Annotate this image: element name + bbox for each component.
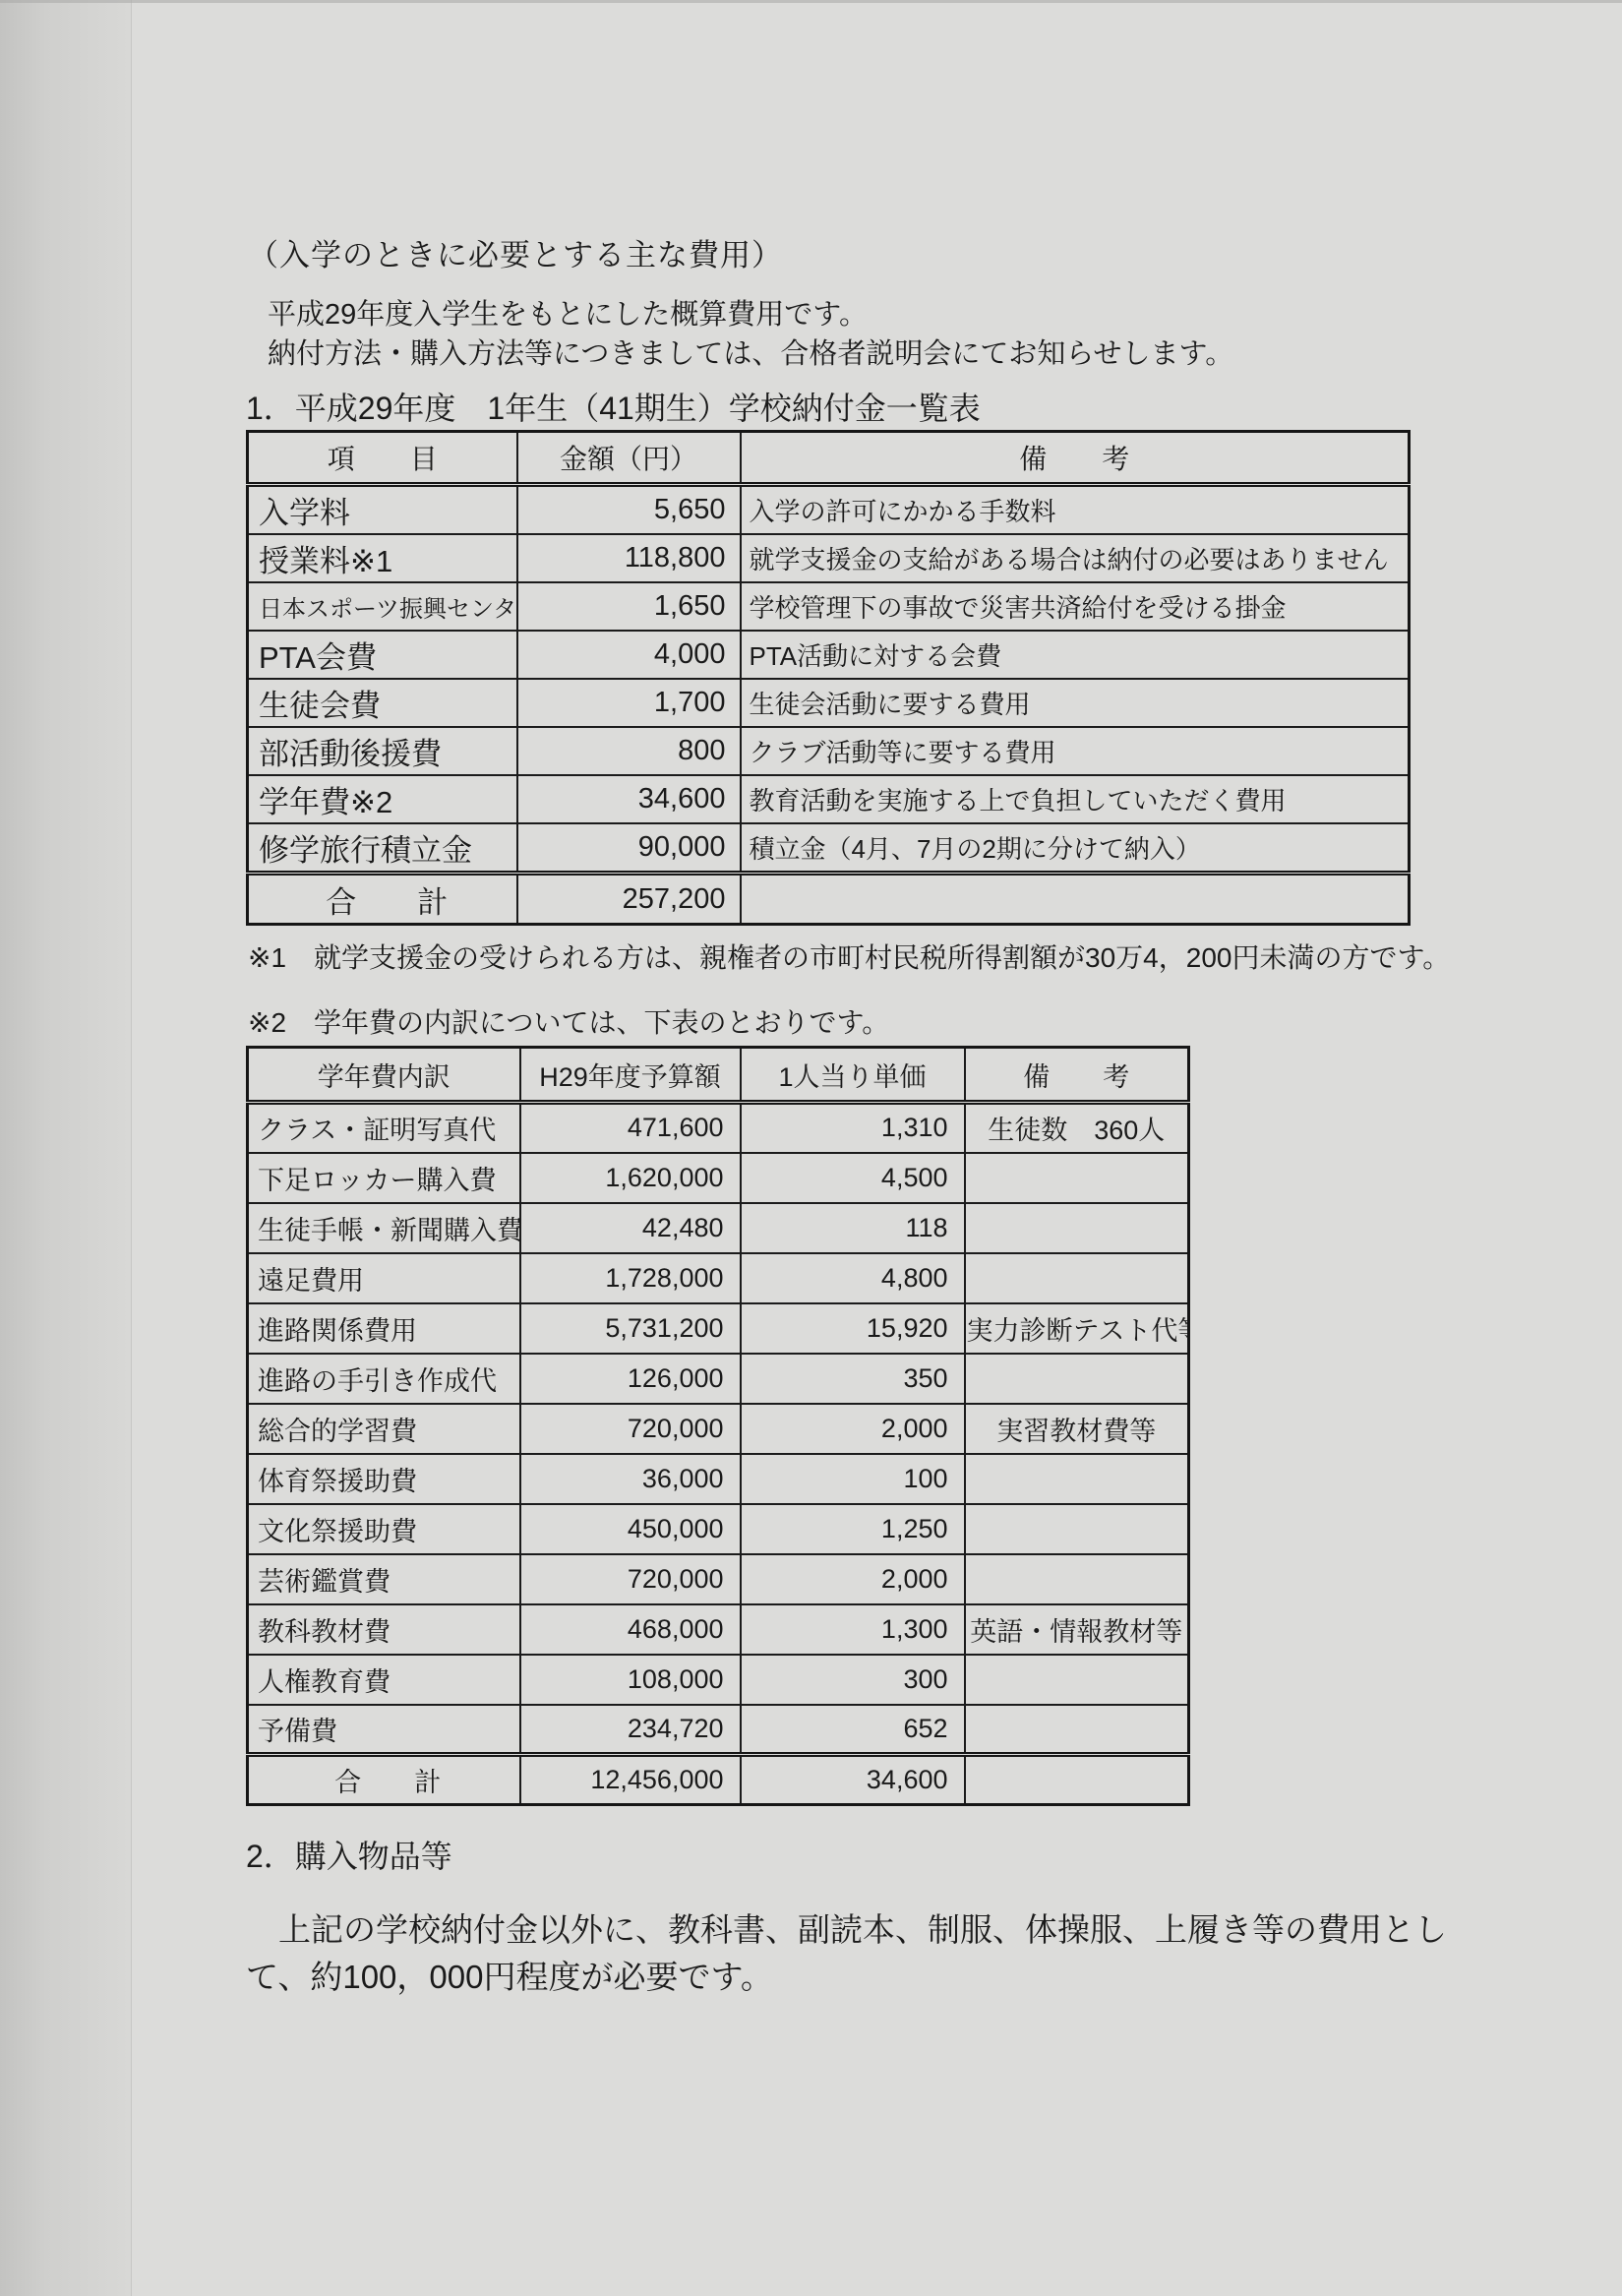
breakdown-unit-cell: 300 (741, 1655, 965, 1705)
intro-line-1: 平成29年度入学生をもとにした概算費用です。 (268, 295, 1233, 334)
payment-table: 項 目 金額（円） 備 考 入学料5,650入学の許可にかかる手数料授業料※11… (246, 430, 1411, 926)
payment-item-cell: 合 計 (248, 874, 517, 925)
payment-header-item: 項 目 (248, 432, 517, 485)
breakdown-unit-cell: 2,000 (741, 1404, 965, 1454)
breakdown-budget-cell: 1,620,000 (520, 1153, 741, 1203)
page-left-edge-shading (0, 0, 132, 2296)
breakdown-row: 芸術鑑賞費720,0002,000 (248, 1554, 1189, 1604)
breakdown-budget-cell: 471,600 (520, 1103, 741, 1153)
section2-heading: 2．購入物品等 (246, 1832, 452, 1877)
payment-header-amount: 金額（円） (517, 432, 741, 485)
payment-row: 入学料5,650入学の許可にかかる手数料 (248, 485, 1410, 535)
payment-amount-cell: 257,200 (517, 874, 741, 925)
breakdown-item-cell: 予備費 (248, 1705, 520, 1755)
breakdown-header-item: 学年費内訳 (248, 1048, 520, 1103)
payment-note-cell: 就学支援金の支給がある場合は納付の必要はありません (741, 534, 1410, 582)
payment-table-head: 項 目 金額（円） 備 考 (248, 432, 1410, 485)
breakdown-row: 下足ロッカー購入費1,620,0004,500 (248, 1153, 1189, 1203)
section2-line-2: て、約100，000円程度が必要です。 (246, 1954, 1447, 2001)
breakdown-row: 教科教材費468,0001,300英語・情報教材等 (248, 1604, 1189, 1655)
breakdown-table: 学年費内訳 H29年度予算額 1人当り単価 備 考 クラス・証明写真代471,6… (246, 1046, 1190, 1806)
breakdown-budget-cell: 108,000 (520, 1655, 741, 1705)
payment-row: 授業料※1118,800就学支援金の支給がある場合は納付の必要はありません (248, 534, 1410, 582)
breakdown-budget-cell: 42,480 (520, 1203, 741, 1253)
breakdown-note-cell (965, 1253, 1189, 1303)
breakdown-note-cell (965, 1504, 1189, 1554)
breakdown-note-cell: 実習教材費等 (965, 1404, 1189, 1454)
payment-table-body: 入学料5,650入学の許可にかかる手数料授業料※1118,800就学支援金の支給… (248, 485, 1410, 925)
breakdown-budget-cell: 720,000 (520, 1554, 741, 1604)
payment-row: 日本スポーツ振興センター1,650学校管理下の事故で災害共済給付を受ける掛金 (248, 582, 1410, 631)
breakdown-row: 総合的学習費720,0002,000実習教材費等 (248, 1404, 1189, 1454)
breakdown-item-cell: 総合的学習費 (248, 1404, 520, 1454)
payment-item-cell: PTA会費 (248, 631, 517, 679)
payment-note-cell: 入学の許可にかかる手数料 (741, 485, 1410, 535)
breakdown-item-cell: 体育祭援助費 (248, 1454, 520, 1504)
payment-item-cell: 生徒会費 (248, 679, 517, 727)
breakdown-row: 生徒手帳・新聞購入費42,480118 (248, 1203, 1189, 1253)
breakdown-unit-cell: 350 (741, 1354, 965, 1404)
breakdown-item-cell: 進路の手引き作成代 (248, 1354, 520, 1404)
breakdown-unit-cell: 15,920 (741, 1303, 965, 1354)
intro-line-2: 納付方法・購入方法等につきましては、合格者説明会にてお知らせします。 (268, 334, 1233, 374)
breakdown-item-cell: 人権教育費 (248, 1655, 520, 1705)
breakdown-note-cell (965, 1755, 1189, 1805)
breakdown-unit-cell: 118 (741, 1203, 965, 1253)
breakdown-budget-cell: 720,000 (520, 1404, 741, 1454)
payment-amount-cell: 118,800 (517, 534, 741, 582)
breakdown-budget-cell: 468,000 (520, 1604, 741, 1655)
payment-row: 部活動後援費800クラブ活動等に要する費用 (248, 727, 1410, 775)
breakdown-item-cell: 教科教材費 (248, 1604, 520, 1655)
payment-amount-cell: 4,000 (517, 631, 741, 679)
breakdown-note-cell (965, 1153, 1189, 1203)
breakdown-table-head: 学年費内訳 H29年度予算額 1人当り単価 備 考 (248, 1048, 1189, 1103)
breakdown-unit-cell: 4,800 (741, 1253, 965, 1303)
breakdown-budget-cell: 126,000 (520, 1354, 741, 1404)
payment-amount-cell: 5,650 (517, 485, 741, 535)
payment-row: PTA会費4,000PTA活動に対する会費 (248, 631, 1410, 679)
document-title: （入学のときに必要とする主な費用） (248, 230, 783, 274)
payment-table-header-row: 項 目 金額（円） 備 考 (248, 432, 1410, 485)
breakdown-row: 体育祭援助費36,000100 (248, 1454, 1189, 1504)
breakdown-note-cell (965, 1354, 1189, 1404)
payment-note-cell: 積立金（4月、7月の2期に分けて納入） (741, 823, 1410, 874)
payment-amount-cell: 34,600 (517, 775, 741, 823)
breakdown-row: クラス・証明写真代471,6001,310生徒数 360人 (248, 1103, 1189, 1153)
breakdown-item-cell: 生徒手帳・新聞購入費 (248, 1203, 520, 1253)
payment-item-cell: 授業料※1 (248, 534, 517, 582)
payment-total-row: 合 計257,200 (248, 874, 1410, 925)
breakdown-header-unit: 1人当り単価 (741, 1048, 965, 1103)
breakdown-unit-cell: 100 (741, 1454, 965, 1504)
payment-note-cell: PTA活動に対する会費 (741, 631, 1410, 679)
breakdown-item-cell: 芸術鑑賞費 (248, 1554, 520, 1604)
breakdown-note-cell: 生徒数 360人 (965, 1103, 1189, 1153)
breakdown-note-cell: 実力診断テスト代等 (965, 1303, 1189, 1354)
breakdown-item-cell: 下足ロッカー購入費 (248, 1153, 520, 1203)
page-top-edge-shading (0, 0, 1622, 3)
breakdown-item-cell: 進路関係費用 (248, 1303, 520, 1354)
section2-paragraph: 上記の学校納付金以外に、教科書、副読本、制服、体操服、上履き等の費用とし て、約… (246, 1906, 1447, 2001)
payment-amount-cell: 1,650 (517, 582, 741, 631)
breakdown-table-header-row: 学年費内訳 H29年度予算額 1人当り単価 備 考 (248, 1048, 1189, 1103)
breakdown-item-cell: 遠足費用 (248, 1253, 520, 1303)
payment-note-cell: 学校管理下の事故で災害共済給付を受ける掛金 (741, 582, 1410, 631)
breakdown-item-cell: クラス・証明写真代 (248, 1103, 520, 1153)
payment-row: 修学旅行積立金90,000積立金（4月、7月の2期に分けて納入） (248, 823, 1410, 874)
payment-item-cell: 部活動後援費 (248, 727, 517, 775)
payment-item-cell: 入学料 (248, 485, 517, 535)
section2-line-1: 上記の学校納付金以外に、教科書、副読本、制服、体操服、上履き等の費用とし (246, 1906, 1447, 1954)
breakdown-total-row: 合 計12,456,00034,600 (248, 1755, 1189, 1805)
breakdown-row: 進路関係費用5,731,20015,920実力診断テスト代等 (248, 1303, 1189, 1354)
scanned-document: { "colors": { "paper": "#dcdcda", "paper… (0, 0, 1622, 2296)
breakdown-unit-cell: 652 (741, 1705, 965, 1755)
payment-item-cell: 学年費※2 (248, 775, 517, 823)
breakdown-budget-cell: 36,000 (520, 1454, 741, 1504)
breakdown-unit-cell: 4,500 (741, 1153, 965, 1203)
breakdown-row: 文化祭援助費450,0001,250 (248, 1504, 1189, 1554)
breakdown-note-cell (965, 1554, 1189, 1604)
breakdown-note-cell (965, 1655, 1189, 1705)
breakdown-budget-cell: 450,000 (520, 1504, 741, 1554)
breakdown-item-cell: 合 計 (248, 1755, 520, 1805)
payment-note-cell: 教育活動を実施する上で負担していただく費用 (741, 775, 1410, 823)
breakdown-budget-cell: 1,728,000 (520, 1253, 741, 1303)
payment-note-cell: クラブ活動等に要する費用 (741, 727, 1410, 775)
payment-row: 生徒会費1,700生徒会活動に要する費用 (248, 679, 1410, 727)
breakdown-budget-cell: 234,720 (520, 1705, 741, 1755)
breakdown-item-cell: 文化祭援助費 (248, 1504, 520, 1554)
breakdown-row: 人権教育費108,000300 (248, 1655, 1189, 1705)
breakdown-budget-cell: 5,731,200 (520, 1303, 741, 1354)
breakdown-note-cell (965, 1705, 1189, 1755)
breakdown-unit-cell: 1,310 (741, 1103, 965, 1153)
payment-header-note: 備 考 (741, 432, 1410, 485)
payment-amount-cell: 1,700 (517, 679, 741, 727)
footnote-1: ※1 就学支援金の受けられる方は、親権者の市町村民税所得割額が30万4，200円… (248, 937, 1450, 976)
breakdown-row: 遠足費用1,728,0004,800 (248, 1253, 1189, 1303)
payment-amount-cell: 90,000 (517, 823, 741, 874)
breakdown-row: 予備費234,720652 (248, 1705, 1189, 1755)
payment-item-cell: 修学旅行積立金 (248, 823, 517, 874)
footnote-2: ※2 学年費の内訳については、下表のとおりです。 (248, 1001, 889, 1041)
breakdown-table-body: クラス・証明写真代471,6001,310生徒数 360人下足ロッカー購入費1,… (248, 1103, 1189, 1805)
breakdown-header-note: 備 考 (965, 1048, 1189, 1103)
breakdown-row: 進路の手引き作成代126,000350 (248, 1354, 1189, 1404)
breakdown-note-cell (965, 1454, 1189, 1504)
breakdown-unit-cell: 1,300 (741, 1604, 965, 1655)
breakdown-header-budget: H29年度予算額 (520, 1048, 741, 1103)
section1-heading: 1．平成29年度 1年生（41期生）学校納付金一覧表 (246, 384, 981, 429)
intro-paragraph: 平成29年度入学生をもとにした概算費用です。 納付方法・購入方法等につきましては… (268, 295, 1233, 374)
payment-row: 学年費※234,600教育活動を実施する上で負担していただく費用 (248, 775, 1410, 823)
breakdown-unit-cell: 2,000 (741, 1554, 965, 1604)
payment-item-cell: 日本スポーツ振興センター (248, 582, 517, 631)
payment-amount-cell: 800 (517, 727, 741, 775)
payment-note-cell: 生徒会活動に要する費用 (741, 679, 1410, 727)
breakdown-note-cell: 英語・情報教材等 (965, 1604, 1189, 1655)
breakdown-unit-cell: 1,250 (741, 1504, 965, 1554)
breakdown-budget-cell: 12,456,000 (520, 1755, 741, 1805)
breakdown-note-cell (965, 1203, 1189, 1253)
breakdown-unit-cell: 34,600 (741, 1755, 965, 1805)
payment-note-cell (741, 874, 1410, 925)
